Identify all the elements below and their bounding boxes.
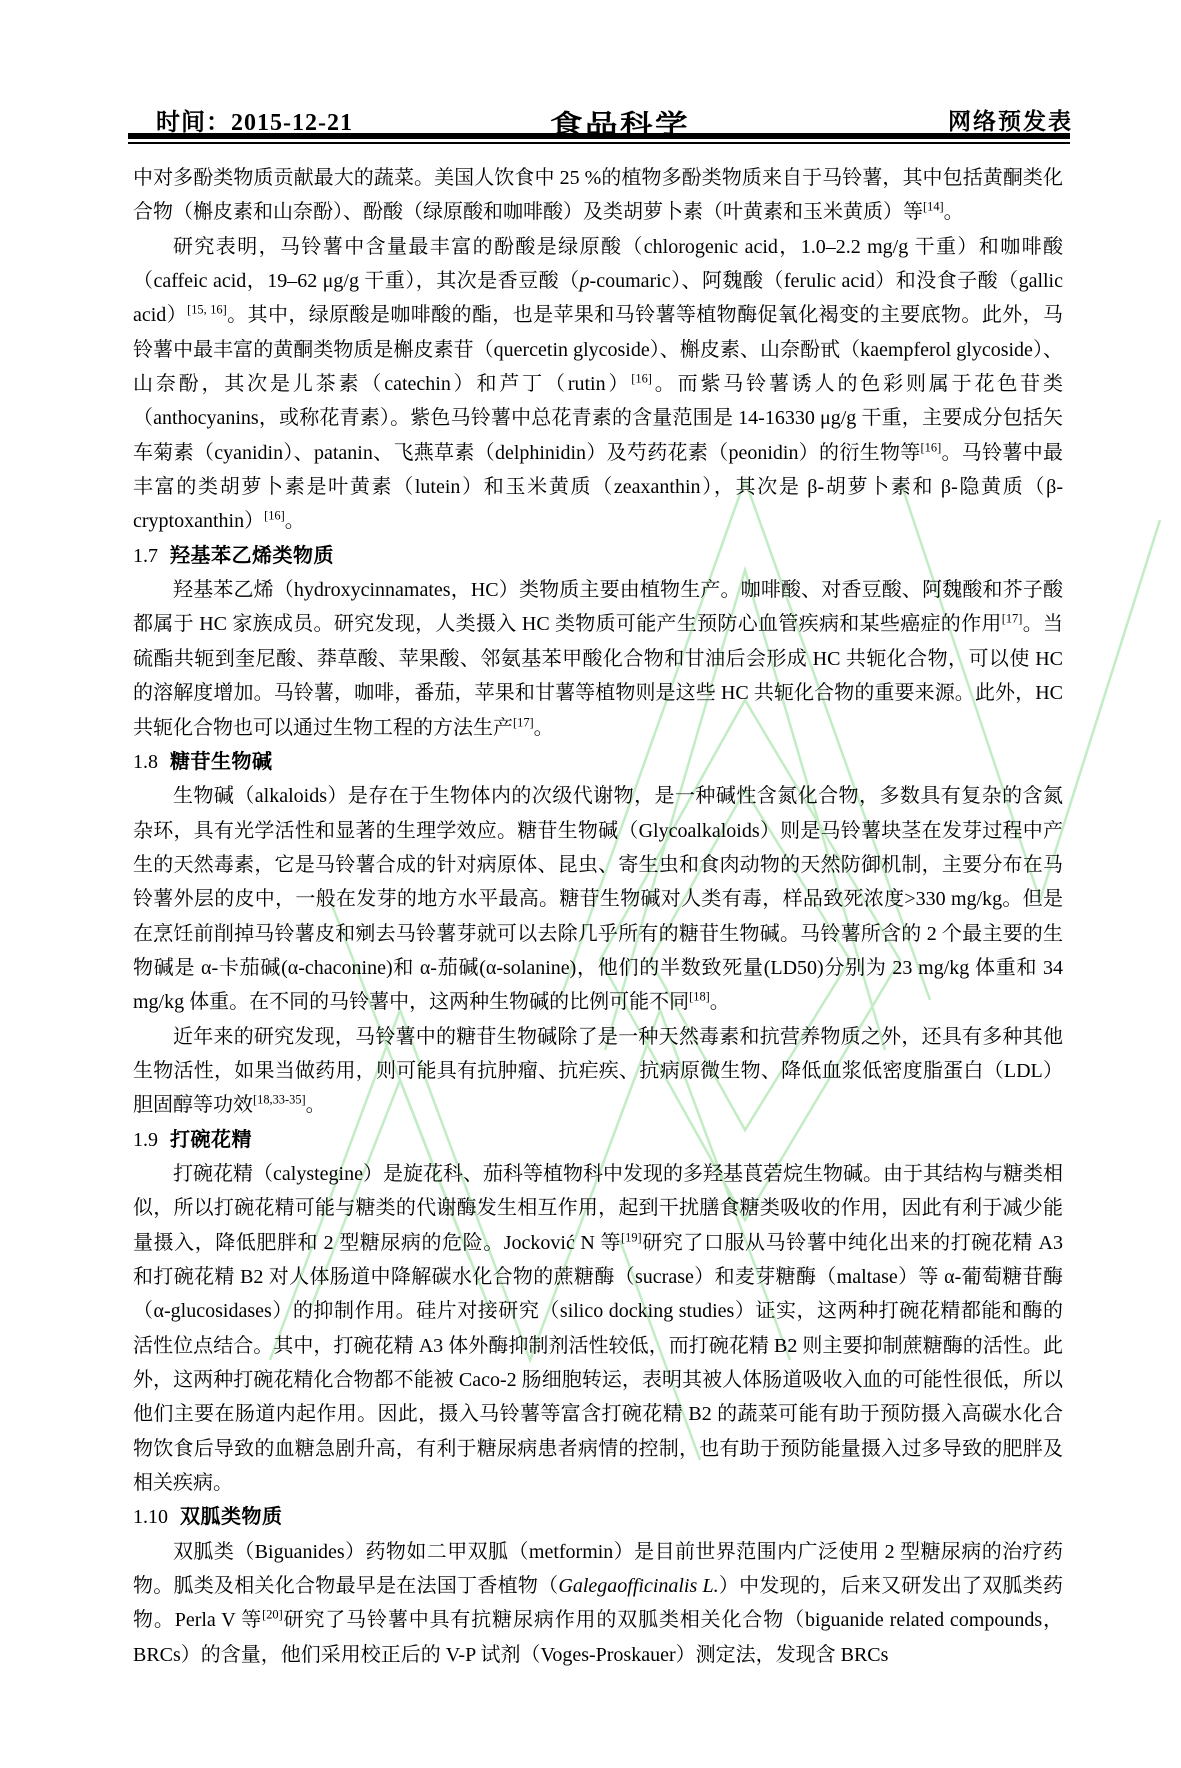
paragraph: 中对多酚类物质贡献最大的蔬菜。美国人饮食中 25 %的植物多酚类物质来自于马铃薯…: [133, 161, 1063, 230]
prepub-label: 网络预发表: [948, 103, 1073, 136]
italic-term: p: [580, 270, 590, 292]
section-heading: 1.10双胍类物质: [133, 1500, 1063, 1534]
text-run: 。: [944, 201, 964, 223]
section-title: 糖苷生物碱: [170, 751, 273, 773]
paragraph: 羟基苯乙烯（hydroxycinnamates，HC）类物质主要由植物生产。咖啡…: [133, 573, 1063, 745]
paper-page: 时间：2015-12-21 食品科学 网络预发表 中对多酚类物质贡献最大的蔬菜。…: [0, 0, 1181, 1768]
reference-superscript: [15, 16]: [187, 303, 227, 317]
reference-superscript: [17]: [1002, 612, 1023, 626]
section-number: 1.8: [133, 751, 158, 773]
section-title: 羟基苯乙烯类物质: [170, 545, 334, 567]
paragraph: 近年来的研究发现，马铃薯中的糖苷生物碱除了是一种天然毒素和抗营养物质之外，还具有…: [133, 1020, 1063, 1123]
section-number: 1.10: [133, 1506, 168, 1528]
text-run: 生物碱（alkaloids）是存在于生物体内的次级代谢物，是一种碱性含氮化合物，…: [133, 785, 1063, 1013]
text-run: 。: [285, 510, 305, 532]
section-number: 1.7: [133, 545, 158, 567]
reference-superscript: [20]: [262, 1608, 283, 1622]
section-heading: 1.7羟基苯乙烯类物质: [133, 539, 1063, 573]
paragraph: 双胍类（Biguanides）药物如二甲双胍（metformin）是目前世界范围…: [133, 1535, 1063, 1672]
reference-superscript: [17]: [513, 715, 534, 729]
text-run: 羟基苯乙烯（hydroxycinnamates，HC）类物质主要由植物生产。咖啡…: [133, 579, 1063, 635]
reference-superscript: [16]: [631, 371, 652, 385]
section-title: 双胍类物质: [180, 1506, 283, 1528]
header-rule-thick: [128, 133, 1070, 139]
section-heading: 1.8糖苷生物碱: [133, 745, 1063, 779]
text-run: 。: [306, 1094, 326, 1116]
header-rule-thin: [128, 142, 1070, 144]
reference-superscript: [18]: [689, 990, 710, 1004]
section-title: 打碗花精: [170, 1129, 252, 1151]
date-label: 时间：: [156, 109, 231, 136]
text-run: 。: [534, 717, 554, 739]
paragraph: 研究表明，马铃薯中含量最丰富的酚酸是绿原酸（chlorogenic acid，1…: [133, 230, 1063, 539]
document-body: 中对多酚类物质贡献最大的蔬菜。美国人饮食中 25 %的植物多酚类物质来自于马铃薯…: [133, 161, 1063, 1672]
reference-superscript: [16]: [921, 440, 942, 454]
section-number: 1.9: [133, 1129, 158, 1151]
header-date: 时间：2015-12-21: [156, 102, 353, 137]
reference-superscript: [18,33-35]: [253, 1093, 306, 1107]
reference-superscript: [14]: [923, 200, 944, 214]
reference-superscript: [16]: [264, 509, 285, 523]
text-run: 。: [710, 991, 730, 1013]
paragraph: 生物碱（alkaloids）是存在于生物体内的次级代谢物，是一种碱性含氮化合物，…: [133, 779, 1063, 1019]
section-heading: 1.9打碗花精: [133, 1123, 1063, 1157]
paragraph: 打碗花精（calystegine）是旋花科、茄科等植物科中发现的多羟基莨菪烷生物…: [133, 1157, 1063, 1500]
italic-term: Galegaofficinalis L.: [558, 1575, 718, 1597]
reference-superscript: [19]: [621, 1230, 642, 1244]
text-run: 研究了口服从马铃薯中纯化出来的打碗花精 A3 和打碗花精 B2 对人体肠道中降解…: [133, 1232, 1063, 1494]
text-run: 中对多酚类物质贡献最大的蔬菜。美国人饮食中 25 %的植物多酚类物质来自于马铃薯…: [133, 167, 1063, 223]
